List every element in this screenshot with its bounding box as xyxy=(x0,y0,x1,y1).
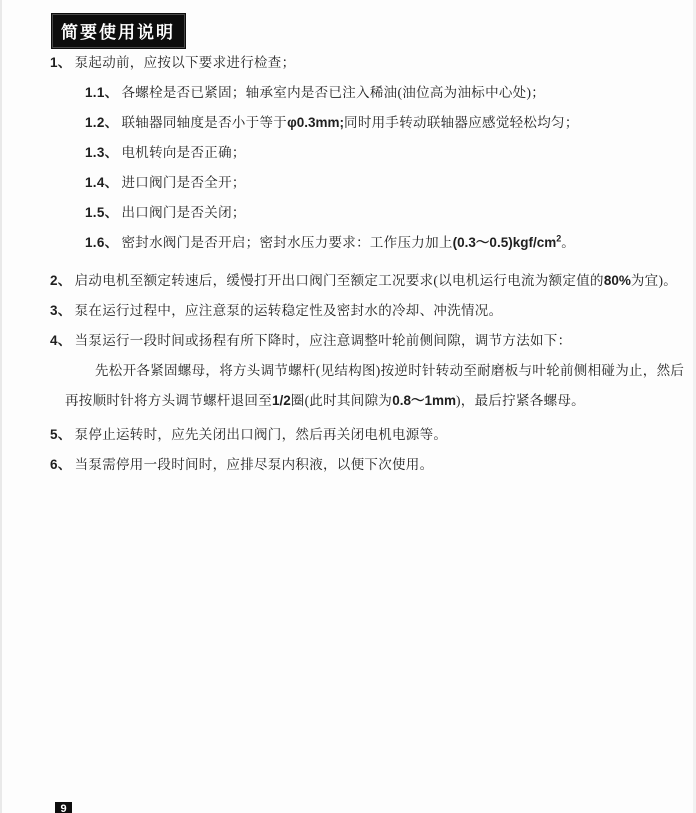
item-number: 1.5、 xyxy=(85,205,118,220)
text-run: 泵起动前，应按以下要求进行检查； xyxy=(75,55,296,70)
text-run: 出口阀门是否关闭； xyxy=(121,205,245,220)
list-item: 1.5、出口阀门是否关闭； xyxy=(0,198,696,228)
text-run: 80% xyxy=(604,273,631,288)
list-item: 1.3、电机转向是否正确； xyxy=(0,138,696,168)
list-item: 1、泵起动前，应按以下要求进行检查； xyxy=(0,48,696,78)
content: 1、泵起动前，应按以下要求进行检查；1.1、各螺栓是否已紧固；轴承室内是否已注入… xyxy=(0,48,696,480)
list-item: 再按顺时针将方头调节螺杆退回至1/2圈(此时其间隙为0.8～1mm)，最后拧紧各… xyxy=(0,386,696,416)
text-run: 各螺栓是否已紧固；轴承室内是否已注入稀油(油位高为油标中心处)； xyxy=(121,85,545,100)
item-number: 1.2、 xyxy=(85,115,118,130)
page-number-badge: 9 xyxy=(55,802,72,813)
list-item: 1.1、各螺栓是否已紧固；轴承室内是否已注入稀油(油位高为油标中心处)； xyxy=(0,78,696,108)
text-run: 。 xyxy=(561,235,575,250)
item-number: 1、 xyxy=(50,55,72,70)
list-item: 3、泵在运行过程中，应注意泵的运转稳定性及密封水的冷却、冲洗情况。 xyxy=(0,296,696,326)
item-number: 2、 xyxy=(50,273,72,288)
text-run: 再按顺时针将方头调节螺杆退回至 xyxy=(65,393,272,408)
text-run: 泵在运行过程中，应注意泵的运转稳定性及密封水的冷却、冲洗情况。 xyxy=(75,303,503,318)
text-run: 同时用手转动联轴器应感觉轻松均匀； xyxy=(344,115,579,130)
text-run: 当泵运行一段时间或扬程有所下降时，应注意调整叶轮前侧间隙，调节方法如下： xyxy=(75,333,572,348)
text-run: (0.3～0.5)kgf/cm xyxy=(453,235,557,250)
text-run: 电机转向是否正确； xyxy=(121,145,245,160)
text-run: 进口阀门是否全开； xyxy=(121,175,245,190)
item-number: 1.4、 xyxy=(85,175,118,190)
text-run: 联轴器同轴度是否小于等于 xyxy=(121,115,287,130)
text-run: φ0.3mm; xyxy=(287,115,344,130)
text-run: 先松开各紧固螺母，将方头调节螺杆(见结构图)按逆时针转动至耐磨板与叶轮前侧相碰为… xyxy=(95,363,684,378)
item-number: 5、 xyxy=(50,427,72,442)
item-number: 4、 xyxy=(50,333,72,348)
list-item: 1.6、密封水阀门是否开启；密封水压力要求：工作压力加上(0.3～0.5)kgf… xyxy=(0,228,696,258)
list-item: 5、泵停止运转时，应先关闭出口阀门，然后再关闭电机电源等。 xyxy=(0,420,696,450)
list-item: 先松开各紧固螺母，将方头调节螺杆(见结构图)按逆时针转动至耐磨板与叶轮前侧相碰为… xyxy=(0,356,696,386)
section-title-badge: 简要使用说明 xyxy=(52,14,185,48)
text-run: )，最后拧紧各螺母。 xyxy=(456,393,585,408)
list-item: 1.4、进口阀门是否全开； xyxy=(0,168,696,198)
text-run: 当泵需停用一段时间时，应排尽泵内积液，以便下次使用。 xyxy=(75,457,434,472)
list-item: 6、当泵需停用一段时间时，应排尽泵内积液，以便下次使用。 xyxy=(0,450,696,480)
list-item: 2、启动电机至额定转速后，缓慢打开出口阀门至额定工况要求(以电机运行电流为额定值… xyxy=(0,266,696,296)
list-item: 4、当泵运行一段时间或扬程有所下降时，应注意调整叶轮前侧间隙，调节方法如下： xyxy=(0,326,696,356)
text-run: 启动电机至额定转速后，缓慢打开出口阀门至额定工况要求(以电机运行电流为额定值的 xyxy=(75,273,604,288)
text-run: 泵停止运转时，应先关闭出口阀门，然后再关闭电机电源等。 xyxy=(75,427,448,442)
item-number: 6、 xyxy=(50,457,72,472)
list-item: 1.2、联轴器同轴度是否小于等于φ0.3mm;同时用手转动联轴器应感觉轻松均匀； xyxy=(0,108,696,138)
text-run: 圈(此时其间隙为 xyxy=(291,393,392,408)
text-run: 0.8～1mm xyxy=(392,393,456,408)
item-number: 1.6、 xyxy=(85,235,118,250)
text-run: 密封水阀门是否开启；密封水压力要求：工作压力加上 xyxy=(121,235,452,250)
item-number: 1.1、 xyxy=(85,85,118,100)
text-run: 为宜)。 xyxy=(631,273,677,288)
item-number: 3、 xyxy=(50,303,72,318)
item-number: 1.3、 xyxy=(85,145,118,160)
text-run: 1/2 xyxy=(272,393,291,408)
scanned-document-page: { "document": { "section_title": "简要使用说明… xyxy=(0,0,696,813)
